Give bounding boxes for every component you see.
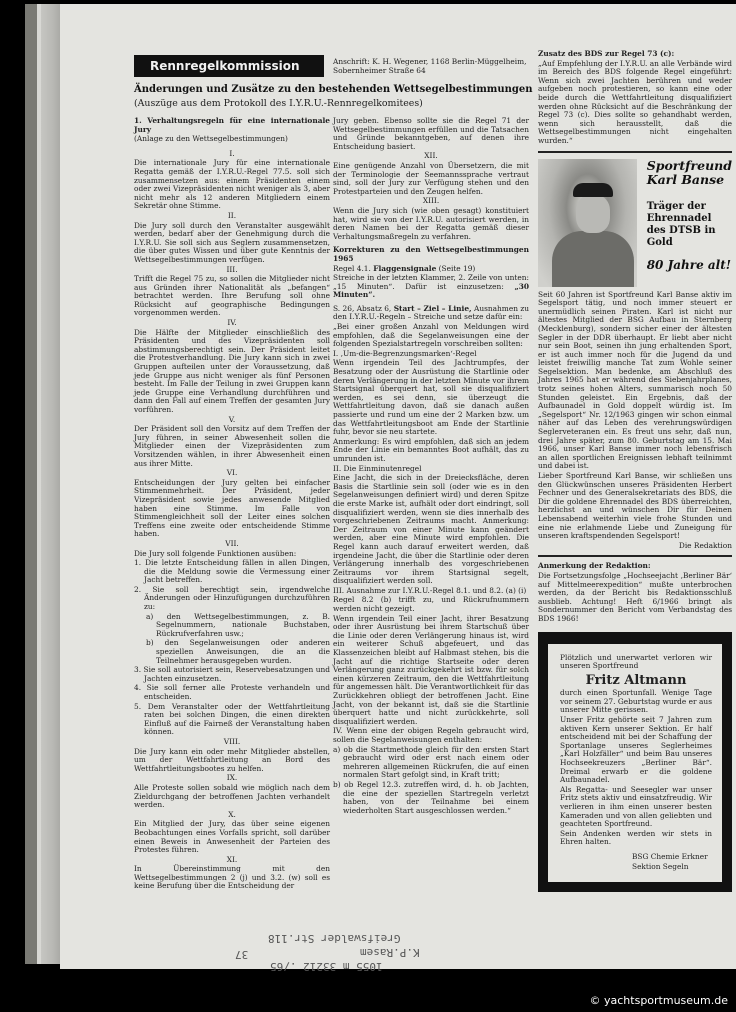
roman-numeral: VIII. <box>134 738 330 747</box>
divider <box>538 151 732 153</box>
paragraph: Eine genügende Anzahl von Übersetzern, d… <box>333 162 529 196</box>
obituary-box: Plötzlich und unerwartet verloren wir un… <box>538 632 732 893</box>
portrait-caption: Sportfreund Karl Banse Träger der Ehrenn… <box>637 159 732 287</box>
paragraph: Die Jury soll durch den Veranstalter aus… <box>134 222 330 265</box>
roman-numeral: X. <box>134 811 330 820</box>
roman-numeral: XI. <box>134 856 330 865</box>
sub-list-item: b) den Segelanweisungen oder anderen spe… <box>134 639 330 665</box>
paragraph: Als Regatta- und Seesegler war unser Fri… <box>560 786 712 829</box>
paragraph: Die Jury kann ein oder mehr Mitglieder a… <box>134 748 330 774</box>
stamp-name: K.P.Rasem <box>360 946 420 959</box>
divider <box>538 555 732 557</box>
paragraph: „Auf Empfehlung der I.Y.R.U. an alle Ver… <box>538 60 732 146</box>
book-spine <box>25 4 37 964</box>
section-subtitle: (Anlage zu den Wettsegelbestimmungen) <box>134 135 330 144</box>
rule-page: (Seite 19) <box>436 264 475 273</box>
column-2: Jury geben. Ebenso sollte sie die Regel … <box>333 117 529 816</box>
paragraph: Regel 8.2 (b) trifft zu, und Rückrufnumm… <box>333 596 529 613</box>
section-title: 1. Verhaltungsregeln für eine internatio… <box>134 117 330 134</box>
copyright-watermark: © yachtsportmuseum.de <box>590 994 728 1007</box>
list-item: 4. Sie soll ferner alle Proteste verhand… <box>134 684 330 701</box>
sailor-cap-shape <box>573 183 613 197</box>
article-subheadline: (Auszüge aus dem Protokoll des I.Y.R.U.-… <box>134 98 534 109</box>
paragraph: Die Hälfte der Mitglieder einschließlich… <box>134 329 330 415</box>
paragraph: Die Jury soll folgende Funktionen ausübe… <box>134 550 330 559</box>
paragraph: Eine Jacht, die sich in der Dreiecksfläc… <box>333 474 529 586</box>
signature: Die Redaktion <box>538 542 732 551</box>
face-shape <box>576 195 610 233</box>
rule-name: Flaggensignale <box>373 264 436 273</box>
paragraph: Ein Mitglied der Jury, das über seine ei… <box>134 820 330 854</box>
roman-numeral: VII. <box>134 540 330 549</box>
paragraph: durch einen Sportunfall. Wenige Tage vor… <box>560 689 712 715</box>
rule-heading: Regel 4.1. Flaggensignale (Seite 19) <box>333 265 529 274</box>
bds-addendum-title: Zusatz des BDS zur Regel 73 (c): <box>538 50 732 59</box>
stamp-street: Greifswalder Str.118 <box>268 932 400 945</box>
paragraph: IV. Wenn eine der obigen Regeln gebrauch… <box>333 727 529 744</box>
paragraph: Der Präsident soll den Vorsitz auf dem T… <box>134 425 330 468</box>
list-item: 2. Sie soll berechtigt sein, irgendwelch… <box>134 586 330 612</box>
paragraph: Anmerkung: Es wird empfohlen, daß sich a… <box>333 438 529 464</box>
contact-address: Anschrift: K. H. Wegener, 1168 Berlin-Mü… <box>333 57 533 75</box>
paragraph: Jury geben. Ebenso sollte sie die Regel … <box>333 117 529 151</box>
obituary-intro: Plötzlich und unerwartet verloren wir un… <box>560 654 712 671</box>
editor-note-title: Anmerkung der Redaktion: <box>538 562 732 571</box>
paragraph: Unser Fritz gehörte seit 7 Jahren zum ak… <box>560 716 712 785</box>
subsection-title: I. ‚Um-die-Begrenzungsmarken‘-Regel <box>333 350 529 359</box>
section-banner: Rennregelkommission <box>134 55 324 77</box>
page-stack-edge <box>41 4 61 964</box>
roman-numeral: XIII. <box>333 197 529 206</box>
sub-list-item: a) den Wettsegelbestimmungen, z. B. Sege… <box>134 613 330 639</box>
list-item: 3. Sie soll autorisiert sein, Reservebes… <box>134 666 330 683</box>
portrait-block: Sportfreund Karl Banse Träger der Ehrenn… <box>538 159 732 287</box>
page-number: 37 <box>235 948 248 961</box>
column-1: 1. Verhaltungsregeln für eine internatio… <box>134 117 330 892</box>
paragraph: Wenn die Jury sich (wie oben gesagt) kon… <box>333 207 529 241</box>
list-item: 1. Die letzte Entscheidung fällen in all… <box>134 559 330 585</box>
coat-shape <box>552 231 634 287</box>
portrait-honor: Träger der Ehrennadel des DTSB in Gold <box>647 201 732 249</box>
list-item: 5. Dem Veranstalter oder der Wettfahrtle… <box>134 703 330 737</box>
paragraph: Lieber Sportfreund Karl Banse, wir schli… <box>538 472 732 541</box>
rule-number: Regel 4.1. <box>333 264 373 273</box>
portrait-age: 80 Jahre alt! <box>647 261 732 270</box>
paragraph: Die internationale Jury für eine interna… <box>134 159 330 211</box>
article-headline: Änderungen und Zusätze zu den bestehende… <box>134 84 534 95</box>
roman-numeral: IX. <box>134 774 330 783</box>
paragraph: S. 26, Absatz 6, Start – Ziel – Linie, A… <box>333 305 529 322</box>
obituary-signature: BSG Chemie Erkner <box>560 853 712 862</box>
portrait-photo <box>538 159 637 287</box>
roman-numeral: XII. <box>333 152 529 161</box>
paragraph: Streiche in der letzten Klammer, 2. Zeil… <box>333 274 529 300</box>
paragraph: Wenn irgendein Teil einer Jacht, ihrer B… <box>333 615 529 727</box>
paragraph: Wenn irgendein Teil des Jachtrumpfes, de… <box>333 359 529 436</box>
roman-numeral: III. <box>134 266 330 275</box>
roman-numeral: V. <box>134 416 330 425</box>
corrections-title: Korrekturen zu den Wettsegelbestimmungen… <box>333 246 529 263</box>
stamp-number: 1055 m 33212 ./65 <box>270 960 383 973</box>
portrait-title: Sportfreund Karl Banse <box>647 159 732 187</box>
paragraph: In Übereinstimmung mit den Wettsegelbest… <box>134 865 330 891</box>
paragraph: Trifft die Regel 75 zu, so sollen die Mi… <box>134 275 330 318</box>
list-item: a) ob die Startmethode gleich für den er… <box>333 746 529 780</box>
roman-numeral: VI. <box>134 469 330 478</box>
paragraph: Seit 60 Jahren ist Sportfreund Karl Bans… <box>538 291 732 471</box>
paragraph: Die Fortsetzungsfolge „Hochseejacht ‚Ber… <box>538 572 732 624</box>
paragraph: Entscheidungen der Jury gelten bei einfa… <box>134 479 330 539</box>
roman-numeral: II. <box>134 212 330 221</box>
obituary-signature: Sektion Segeln <box>560 863 712 872</box>
roman-numeral: I. <box>134 150 330 159</box>
subsection-title: III. Ausnahme zur I.Y.R.U.-Regel 8.1. un… <box>333 587 529 596</box>
roman-numeral: IV. <box>134 319 330 328</box>
paragraph: „Bei einer großen Anzahl von Meldungen w… <box>333 323 529 349</box>
text: Streiche in der letzten Klammer, 2. Zeil… <box>333 273 529 291</box>
column-3: Zusatz des BDS zur Regel 73 (c): „Auf Em… <box>538 50 732 892</box>
paragraph: Alle Proteste sollen sobald wie möglich … <box>134 784 330 810</box>
list-item: b) ob Regel 12.3. zutreffen wird, d. h. … <box>333 781 529 815</box>
paragraph: Sein Andenken werden wir stets in Ehren … <box>560 830 712 847</box>
obituary-name: Fritz Altmann <box>560 677 712 686</box>
subsection-title: II. Die Einminutenregel <box>333 465 529 474</box>
